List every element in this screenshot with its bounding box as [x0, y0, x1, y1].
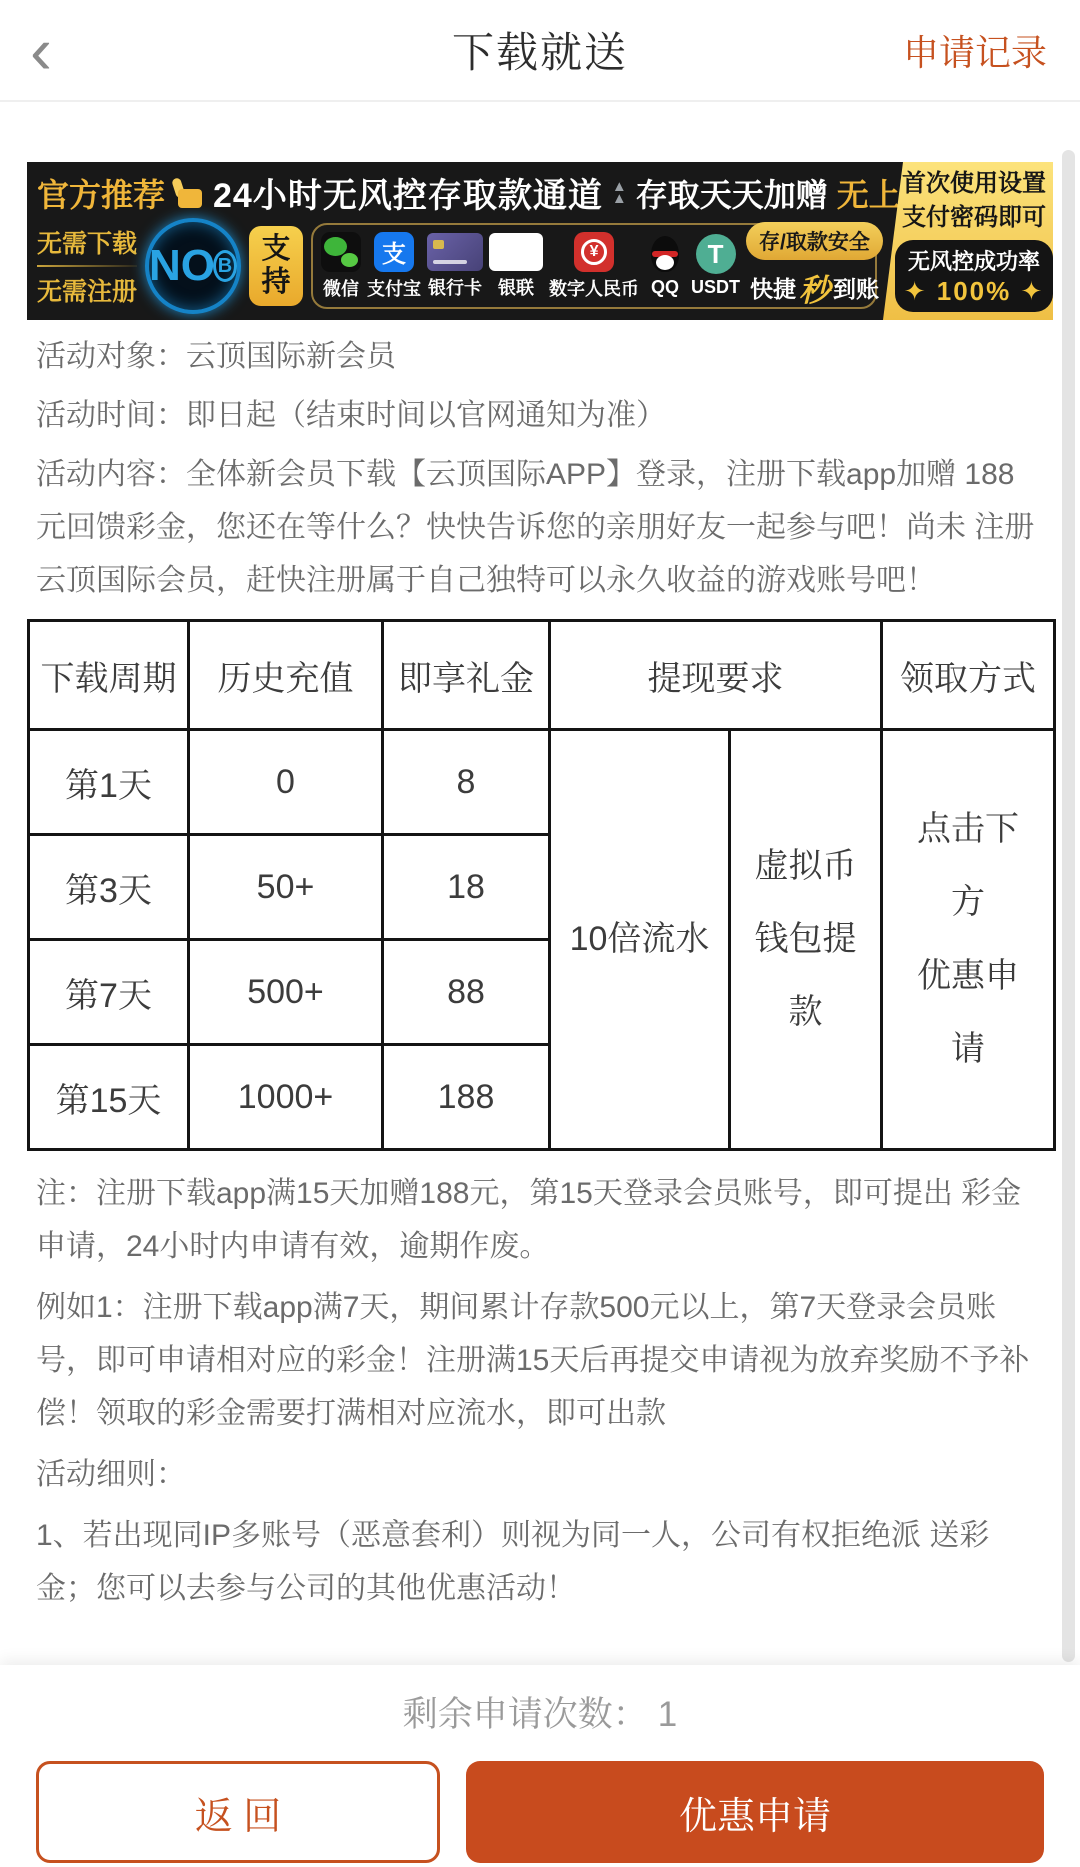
payment-method-wechat: 微信 — [321, 232, 361, 301]
unionpay-icon — [489, 233, 543, 271]
payment-method-bankcard: 银行卡 — [427, 233, 483, 300]
cell-wallet-withdraw: 虚拟币 钱包提 款 — [730, 730, 882, 1150]
bank-card-icon — [427, 233, 483, 271]
col-header-history-deposit: 历史充值 — [189, 621, 383, 730]
no-bitcoin-logo: NO B — [145, 218, 241, 314]
instant-arrival-text: 快捷 秒 到账 — [750, 265, 879, 310]
rules-title: 活动细则： — [36, 1448, 1044, 1501]
banner-main: 官方推荐 24小时无风控存取款通道 ▲▲ 存取天天加赠 无上限 无需下载 无需注… — [27, 162, 883, 320]
payment-method-qq: QQ — [645, 234, 685, 298]
activity-time: 活动时间：即日起（结束时间以官网通知为准） — [36, 389, 1044, 442]
note-1: 注：注册下载app满15天加赠188元，第15天登录会员账号，即可提出 彩金申请… — [36, 1167, 1044, 1273]
deposit-safety-pill: 存/取款安全 — [746, 222, 883, 260]
cell-deposit: 0 — [189, 730, 383, 835]
banner-right-panel: 首次使用设置 支付密码即可 无风控成功率 ✦ 100% ✦ — [883, 162, 1053, 320]
activity-notes: 注：注册下载app满15天加赠188元，第15天登录会员账号，即可提出 彩金申请… — [36, 1167, 1044, 1615]
bitcoin-icon: B — [213, 250, 237, 282]
col-header-withdraw-requirement: 提现要求 — [550, 621, 882, 730]
cell-claim-method: 点击下 方 优惠申 请 — [882, 730, 1055, 1150]
no-download-register-text: 无需下载 无需注册 — [37, 224, 137, 308]
divider — [37, 265, 137, 267]
application-records-link[interactable]: 申请记录 — [903, 25, 1047, 76]
activity-description: 活动对象：云顶国际新会员 活动时间：即日起（结束时间以官网通知为准） 活动内容：… — [36, 330, 1044, 607]
usdt-icon: T — [696, 234, 736, 274]
cell-bonus: 18 — [383, 835, 550, 940]
col-header-claim-method: 领取方式 — [882, 621, 1055, 730]
thumbs-up-icon — [174, 178, 204, 208]
note-example-1: 例如1：注册下载app满7天，期间累计存款500元以上，第7天登录会员账号，即可… — [36, 1281, 1044, 1440]
payment-methods-box: 微信 支 支付宝 银行卡 银联 ¥ 数字人民币 — [311, 223, 877, 309]
banner-bonus-text: 存取天天加赠 — [636, 170, 828, 216]
bonus-table: 下载周期 历史充值 即享礼金 提现要求 领取方式 第1天 0 8 10倍流水 虚… — [27, 619, 1056, 1151]
footer-buttons: 返 回 优惠申请 — [36, 1761, 1044, 1863]
wechat-icon — [321, 232, 361, 272]
table-header-row: 下载周期 历史充值 即享礼金 提现要求 领取方式 — [29, 621, 1055, 730]
remaining-count-label: 剩余申请次数： — [403, 1687, 648, 1737]
official-badge: 官方推荐 — [37, 170, 165, 216]
payment-method-alipay: 支 支付宝 — [367, 232, 421, 301]
cell-day: 第1天 — [29, 730, 189, 835]
alipay-icon: 支 — [374, 232, 414, 272]
activity-target: 活动对象：云顶国际新会员 — [36, 330, 1044, 383]
cell-turnover: 10倍流水 — [550, 730, 730, 1150]
back-button[interactable]: 返 回 — [36, 1761, 440, 1863]
payment-method-unionpay: 银联 — [489, 233, 543, 300]
banner-headline: 24小时无风控存取款通道 — [213, 168, 603, 217]
apply-button[interactable]: 优惠申请 — [466, 1761, 1044, 1863]
cell-day: 第15天 — [29, 1045, 189, 1150]
page-title: 下载就送 — [452, 20, 628, 80]
activity-content: 活动内容：全体新会员下载【云顶国际APP】登录，注册下载app加赠 188元回馈… — [36, 448, 1044, 607]
col-header-instant-bonus: 即享礼金 — [383, 621, 550, 730]
cell-bonus: 8 — [383, 730, 550, 835]
safety-block: 存/取款安全 快捷 秒 到账 — [746, 222, 883, 310]
promo-banner[interactable]: 官方推荐 24小时无风控存取款通道 ▲▲ 存取天天加赠 无上限 无需下载 无需注… — [27, 162, 1053, 320]
back-chevron-icon[interactable]: ‹ — [30, 24, 52, 77]
cell-day: 第3天 — [29, 835, 189, 940]
remaining-count: 剩余申请次数： 1 — [0, 1687, 1080, 1737]
cell-deposit: 50+ — [189, 835, 383, 940]
remaining-count-value: 1 — [658, 1695, 677, 1735]
payment-method-usdt: T USDT — [691, 234, 740, 298]
scrollbar[interactable] — [1062, 150, 1075, 1662]
digital-rmb-icon: ¥ — [574, 232, 614, 272]
up-arrows-icon: ▲▲ — [612, 181, 627, 204]
rule-1: 1、若出现同IP多账号（恶意套利）则视为同一人，公司有权拒绝派 送彩金；您可以去… — [36, 1509, 1044, 1615]
cell-bonus: 188 — [383, 1045, 550, 1150]
cell-deposit: 500+ — [189, 940, 383, 1045]
col-header-download-cycle: 下载周期 — [29, 621, 189, 730]
cell-day: 第7天 — [29, 940, 189, 1045]
cell-bonus: 88 — [383, 940, 550, 1045]
payment-method-ecny: ¥ 数字人民币 — [549, 232, 639, 301]
header: ‹ 下载就送 申请记录 — [0, 0, 1080, 102]
footer: 剩余申请次数： 1 返 回 优惠申请 — [0, 1665, 1080, 1867]
qq-penguin-icon — [645, 234, 685, 274]
table-row: 第1天 0 8 10倍流水 虚拟币 钱包提 款 点击下 方 优惠申 请 — [29, 730, 1055, 835]
support-tag: 支持 — [249, 226, 303, 307]
success-rate-pill: 无风控成功率 ✦ 100% ✦ — [895, 240, 1053, 312]
cell-deposit: 1000+ — [189, 1045, 383, 1150]
banner-top-row: 官方推荐 24小时无风控存取款通道 ▲▲ 存取天天加赠 无上限 — [37, 167, 877, 218]
banner-bottom-row: 无需下载 无需注册 NO B 支持 微信 支 支付宝 — [37, 218, 877, 314]
